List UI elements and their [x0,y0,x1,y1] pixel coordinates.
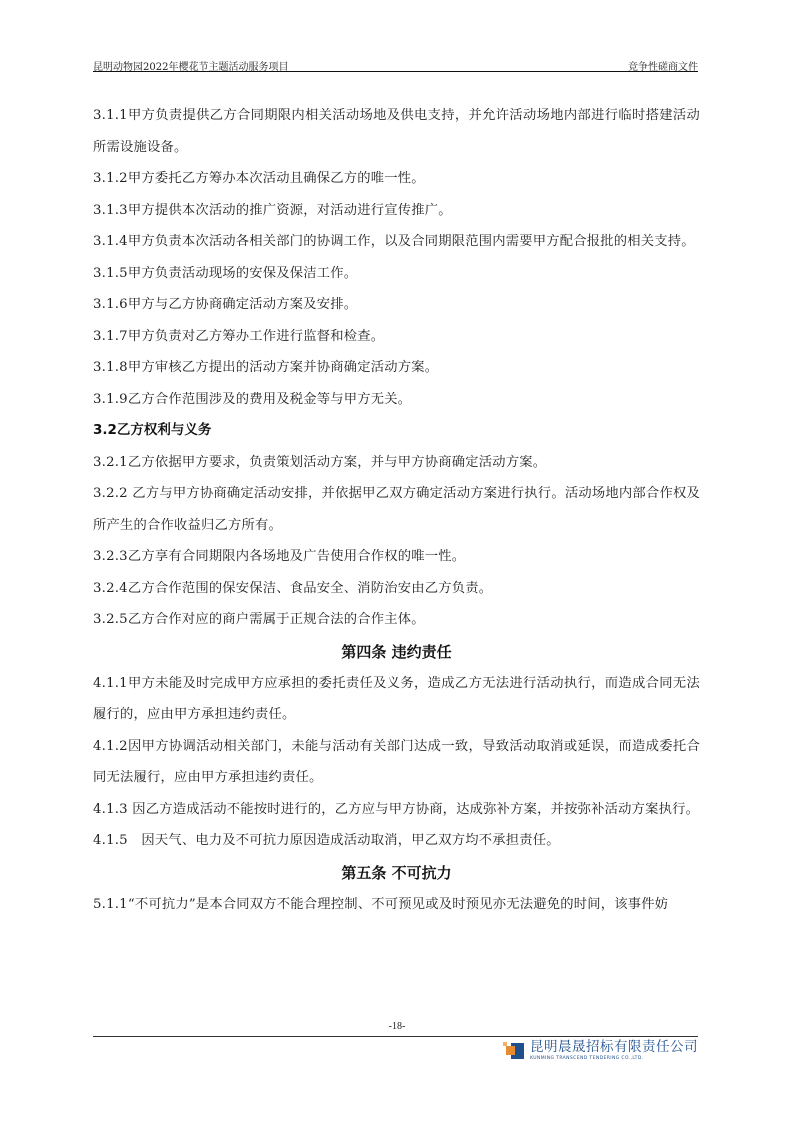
clause-4-1-3: 4.1.3 因乙方造成活动不能按时进行的，乙方应与甲方协商，达成弥补方案，并按弥… [93,794,700,826]
clause-3-1-7: 3.1.7甲方负责对乙方筹办工作进行监督和检查。 [93,321,700,353]
clause-4-1-2: 4.1.2因甲方协调活动相关部门，未能与活动有关部门达成一致，导致活动取消或延误… [93,731,700,794]
logo-text: 昆明晨晟招标有限责任公司 KUNMING TRANSCEND TENDERING… [530,1041,698,1061]
clause-3-1-6: 3.1.6甲方与乙方协商确定活动方案及安排。 [93,289,700,321]
clause-4-1-5: 4.1.5 因天气、电力及不可抗力原因造成活动取消，甲乙双方均不承担责任。 [93,825,700,857]
page-number: -18- [0,1021,794,1032]
clause-3-1-3: 3.1.3甲方提供本次活动的推广资源，对活动进行宣传推广。 [93,195,700,227]
clause-3-1-1: 3.1.1甲方负责提供乙方合同期限内相关活动场地及供电支持，并允许活动场地内部进… [93,100,700,163]
logo-company-name-en: KUNMING TRANSCEND TENDERING CO.,LTD. [530,1057,698,1062]
company-logo: 昆明晨晟招标有限责任公司 KUNMING TRANSCEND TENDERING… [506,1041,698,1061]
clause-3-2-2: 3.2.2 乙方与甲方协商确定活动安排，并依据甲乙双方确定活动方案进行执行。活动… [93,478,700,541]
page-header: 昆明动物园2022年樱花节主题活动服务项目 竞争性磋商文件 [93,53,698,73]
clause-3-1-2: 3.1.2甲方委托乙方筹办本次活动且确保乙方的唯一性。 [93,163,700,195]
clause-5-1-1: 5.1.1“不可抗力”是本合同双方不能合理控制、不可预见或及时预见亦无法避免的时… [93,889,700,921]
clause-3-2-1: 3.2.1乙方依据甲方要求，负责策划活动方案，并与甲方协商确定活动方案。 [93,447,700,479]
clause-3-2-5: 3.2.5乙方合作对应的商户需属于正规合法的合作主体。 [93,604,700,636]
logo-mark-icon [506,1042,524,1060]
clause-3-1-8: 3.1.8甲方审核乙方提出的活动方案并协商确定活动方案。 [93,352,700,384]
document-body: 3.1.1甲方负责提供乙方合同期限内相关活动场地及供电支持，并允许活动场地内部进… [93,100,700,920]
article-heading-5: 第五条 不可抗力 [93,857,700,889]
clause-3-1-5: 3.1.5甲方负责活动现场的安保及保洁工作。 [93,258,700,290]
logo-company-name-cn: 昆明晨晟招标有限责任公司 [530,1041,698,1055]
clause-3-1-4: 3.1.4甲方负责本次活动各相关部门的协调工作，以及合同期限范围内需要甲方配合报… [93,226,700,258]
clause-3-1-9: 3.1.9乙方合作范围涉及的费用及税金等与甲方无关。 [93,384,700,416]
article-heading-4: 第四条 违约责任 [93,636,700,668]
clause-3-2-4: 3.2.4乙方合作范围的保安保洁、食品安全、消防治安由乙方负责。 [93,573,700,605]
clause-4-1-1: 4.1.1甲方未能及时完成甲方应承担的委托责任及义务，造成乙方无法进行活动执行，… [93,668,700,731]
clause-3-2-3: 3.2.3乙方享有合同期限内各场地及广告使用合作权的唯一性。 [93,541,700,573]
section-heading-3-2: 3.2乙方权利与义务 [93,415,700,447]
header-divider [93,71,698,72]
footer-divider [93,1036,698,1037]
